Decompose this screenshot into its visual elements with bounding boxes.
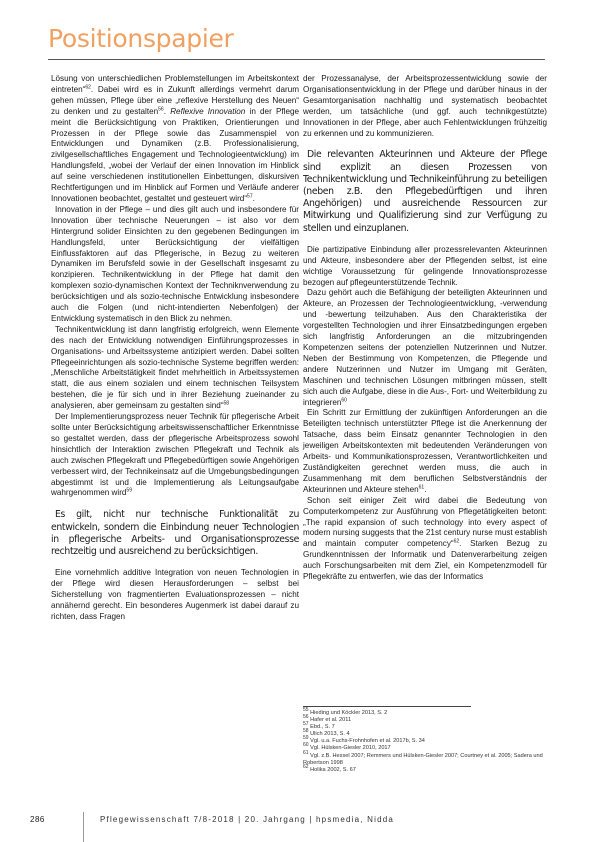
paragraph: Eine vornehmlich additive Integration vo… — [51, 568, 299, 623]
text: Technikentwicklung ist dann langfristig … — [51, 325, 299, 410]
footnote-text: Vgl. z.B. Hessel 2007; Remmers und Hülsk… — [303, 753, 543, 766]
footnote-text: Vgl. u.a. Fuchs-Frohnhofen et al. 2017b,… — [310, 738, 425, 744]
paragraph: der Prozessanalyse, der Arbeitsprozessen… — [303, 74, 547, 139]
footnote-ref[interactable]: 58 — [224, 400, 230, 406]
footnote: 60 Vgl. Hülsken-Giesler 2010, 2017 — [303, 745, 547, 752]
header-rule — [48, 59, 545, 60]
footnote: 61 Vgl. z.B. Hessel 2007; Remmers und Hü… — [303, 753, 547, 767]
callout-quote: Die relevanten Akteurinnen und Akteure d… — [303, 149, 547, 234]
footnote-text: Hieding und Köckler 2013, S. 2 — [310, 710, 387, 716]
paragraph: Schon seit einiger Zeit wird dabei die B… — [303, 496, 547, 583]
paragraph: Ein Schritt zur Ermittlung der zukünftig… — [303, 408, 547, 495]
footnote-rule — [303, 706, 471, 707]
callout-quote: Es gilt, nicht nur technische Funktional… — [51, 509, 299, 558]
footnote-text: Holika 2002, S. 67 — [310, 767, 356, 773]
footer-divider — [83, 812, 84, 842]
footnote-ref[interactable]: 59 — [126, 488, 132, 494]
footnote: 62 Holika 2002, S. 67 — [303, 767, 547, 774]
footnote-text: Ebd., S. 7 — [310, 724, 335, 730]
footnote-number: 62 — [303, 764, 309, 770]
paragraph: Dazu gehört auch die Befähigung der bete… — [303, 288, 547, 408]
text: Der Implementierungsprozess neuer Techni… — [51, 412, 299, 497]
paragraph: Der Implementierungsprozess neuer Techni… — [51, 412, 299, 499]
footnote-ref[interactable]: 61 — [419, 484, 425, 490]
footnote-number: 60 — [303, 743, 309, 749]
footnote-text: Ulich 2013, S. 4 — [310, 731, 350, 737]
paragraph: Die partizipative Einbindung aller proze… — [303, 245, 547, 289]
footnote-number: 56 — [303, 714, 309, 720]
text: Ein Schritt zur Ermittlung der zukünftig… — [303, 408, 547, 493]
footnote-ref[interactable]: 60 — [341, 397, 347, 403]
footnote-number: 55 — [303, 707, 309, 713]
page-heading: Positionspapier — [48, 24, 234, 53]
footnote: 56 Hafer et al. 2011 — [303, 717, 547, 724]
paragraph: Innovation in der Pflege – und dies gilt… — [51, 205, 299, 325]
footnote-text: Vgl. Hülsken-Giesler 2010, 2017 — [310, 745, 391, 751]
right-column: der Prozessanalyse, der Arbeitsprozessen… — [303, 74, 547, 583]
journal-citation: Pflegewissenschaft 7/8-2018 | 20. Jahrga… — [100, 815, 394, 824]
left-column: Lösung von unterschiedlichen Problemstel… — [51, 74, 299, 623]
emphasis: Reflexive Innovation — [170, 107, 245, 116]
page-number: 286 — [30, 815, 45, 824]
paragraph: Technikentwicklung ist dann langfristig … — [51, 325, 299, 412]
footnotes: 55 Hieding und Köckler 2013, S. 2 56 Haf… — [303, 710, 547, 774]
footnote-number: 57 — [303, 721, 309, 727]
footnote-number: 59 — [303, 736, 309, 742]
text: in der Pflege meint die Berücksichtigung… — [51, 107, 299, 203]
text: Dazu gehört auch die Befähigung der bete… — [303, 288, 547, 406]
footnote-number: 58 — [303, 728, 309, 734]
footnote-number: 61 — [303, 750, 309, 756]
footnote-text: Hafer et al. 2011 — [310, 717, 351, 723]
paragraph: Lösung von unterschiedlichen Problemstel… — [51, 74, 299, 205]
page-footer: 286 Pflegewissenschaft 7/8-2018 | 20. Ja… — [0, 812, 595, 842]
text: . — [253, 194, 255, 203]
